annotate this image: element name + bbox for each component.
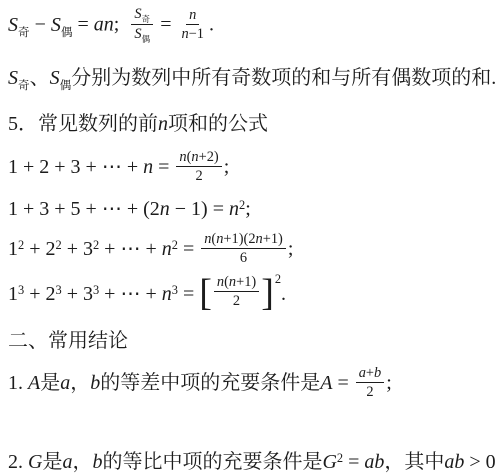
math-text: 2 [195,168,202,184]
math-text: − 1) = [170,198,229,220]
math-subscript: 奇 [142,14,151,24]
math-subscripted: S偶 [134,26,150,42]
math-variable: A [320,372,332,394]
math-text: ; [288,238,294,260]
formula-sum-cubes: 13 + 23 + 33 + ⋯ + n3 = [n(n+1)2]2. [8,277,493,314]
math-text: > 0. [464,451,495,473]
math-text: + [24,283,45,305]
formula-sum-odd-numbers: 1 + 3 + 5 + ⋯ + (2n − 1) = n2; [8,196,493,221]
math-variable: b [90,372,100,394]
math-subscript: 奇 [18,79,30,92]
math-superscripted: n3 [162,283,178,305]
math-variable: n [189,7,196,23]
math-text: 5．常见数列的前 [8,113,158,135]
math-text: ， [70,372,90,394]
math-text: 分别为数列中所有奇数项的和与所有偶数项的和. [71,67,495,89]
math-subscript: 偶 [60,79,72,92]
math-base: 1 [8,238,18,260]
fraction: a+b2 [356,364,385,401]
math-base: n [162,283,172,305]
formula-sum-integers: 1 + 2 + 3 + ⋯ + n = n(n+2)2; [8,150,493,187]
math-superscripted: 33 [83,283,99,305]
math-text: . [209,14,214,36]
math-text: = [153,156,174,178]
math-text: 项和的公式 [168,113,268,135]
math-superscripted: 13 [8,283,24,305]
math-variable: n [160,198,170,220]
fraction-numerator: n(n+1)(2n+1) [201,230,286,249]
math-text: 1 + 3 + 5 + ⋯ + (2 [8,198,160,220]
math-text: +1) [236,274,256,290]
math-base: 3 [83,283,93,305]
fraction-denominator: 2 [192,167,205,185]
math-base: 2 [45,238,55,260]
math-base: n [229,198,239,220]
math-variable: n [179,149,186,165]
math-text: = [343,451,364,473]
math-text: ，其中 [384,451,444,473]
math-text: = [178,283,199,305]
fraction-numerator: a+b [356,364,385,383]
math-variable: n [217,274,224,290]
math-variable: n [191,149,198,165]
math-variable: a [60,372,70,394]
math-superscripted: 12 [8,238,24,260]
math-subscripted: S偶 [50,67,72,89]
math-subscript: 奇 [18,26,30,39]
math-text: 的等比中项的充要条件是 [102,451,322,473]
math-base: S [51,14,61,36]
math-subscript: 偶 [61,26,73,39]
math-superscripted: n2 [162,238,178,260]
math-text: +2) [199,149,219,165]
math-text: = [178,238,199,260]
fraction-denominator: 6 [237,249,250,267]
math-text: . [281,283,286,305]
math-variable: ab [364,451,384,473]
right-bracket: ] [261,277,274,309]
math-variable: a [359,365,366,381]
math-text: 是 [42,451,62,473]
math-subscript: 偶 [142,33,151,43]
math-text: 的等差中项的充要条件是 [100,372,320,394]
fraction: S奇S偶 [131,5,153,43]
math-variable: b [374,365,381,381]
fraction: n(n+2)2 [176,148,221,185]
math-variable: n [229,274,236,290]
math-variable: ab [444,451,464,473]
fraction-denominator: S偶 [131,25,153,44]
math-base: S [8,67,18,89]
math-text: 二、常用结论 [8,330,128,352]
heading-common-sum-formulas: 5．常见数列的前n项和的公式 [8,107,493,136]
math-text: 2 [366,384,373,400]
math-superscripted: 23 [45,283,61,305]
math-text: 6 [240,250,247,266]
math-subscripted: S奇 [8,67,30,89]
fraction-numerator: n(n+1) [214,273,259,292]
math-variable: a [62,451,72,473]
math-base: S [134,26,141,42]
math-text: ， [72,451,92,473]
math-variable: an [94,14,114,36]
math-text: + ⋯ + [99,283,162,305]
math-superscripted: G2 [322,451,343,473]
math-text: + [24,238,45,260]
math-variable: n [181,26,188,42]
math-variable: n [256,231,263,247]
math-text: − [30,14,51,36]
math-text: = [73,14,94,36]
fraction-numerator: n(n+2) [176,148,221,167]
math-superscripted: 32 [83,238,99,260]
math-text: 1 + 2 + 3 + ⋯ + [8,156,143,178]
math-text: + [62,283,83,305]
fraction: nn−1 [178,6,207,43]
math-variable: A [28,372,40,394]
math-base: n [162,238,172,260]
math-base: S [8,14,18,36]
math-text: ; [386,372,392,394]
math-text: 是 [40,372,60,394]
math-text: ; [224,156,230,178]
math-variable: G [28,451,42,473]
document-page: S奇 − S偶 = an; S奇S偶 = nn−1. S奇、S偶分别为数列中所有… [0,0,495,476]
math-superscripted: 22 [45,238,61,260]
math-base: G [322,451,336,473]
math-subscripted: S奇 [8,14,30,36]
math-text: 1. [8,372,28,394]
math-text: 2. [8,451,28,473]
math-variable: n [158,113,168,135]
math-text: + [62,238,83,260]
math-variable: b [92,451,102,473]
math-base: 3 [83,238,93,260]
fraction-denominator: 2 [363,383,376,401]
heading-common-conclusions: 二、常用结论 [8,324,493,353]
math-text: = [332,372,353,394]
bracket-group: [n(n+1)2]2 [199,275,281,312]
fraction-denominator: 2 [230,292,243,310]
math-text: + [366,365,374,381]
math-text: −1 [189,26,204,42]
math-base: S [50,67,60,89]
math-subscripted: S奇 [134,6,150,22]
math-superscripted: n2 [229,198,245,220]
math-text: 、 [30,67,50,89]
math-text: + ⋯ + [99,238,162,260]
math-text: +1)(2 [223,231,255,247]
math-text: 2 [233,293,240,309]
formula-sum-squares: 12 + 22 + 32 + ⋯ + n2 = n(n+1)(2n+1)6; [8,232,493,269]
math-subscripted: S偶 [51,14,73,36]
fraction-denominator: n−1 [178,25,207,43]
math-variable: n [143,156,153,178]
fraction-numerator: n [186,6,199,25]
formula-odd-even-sums: S奇 − S偶 = an; S奇S偶 = nn−1. [8,7,493,45]
item-arithmetic-mean-condition: 1. A是a，b的等差中项的充要条件是A = a+b2; [8,366,493,403]
fraction: n(n+1)(2n+1)6 [201,230,286,267]
fraction-numerator: S奇 [131,5,153,25]
math-text: ; [245,198,251,220]
math-text: +1) [263,231,283,247]
math-base: S [134,6,141,22]
math-text: ; [114,14,130,36]
math-text: = [155,14,176,36]
note-odd-even-definition: S奇、S偶分别为数列中所有奇数项的和与所有偶数项的和. [8,61,493,92]
fraction: n(n+1)2 [214,273,259,310]
left-bracket: [ [199,277,212,309]
math-base: 1 [8,283,18,305]
item-geometric-mean-condition: 2. G是a，b的等比中项的充要条件是G2 = ab，其中ab > 0. [8,445,493,474]
bracket-exponent: 2 [275,272,281,287]
math-base: 2 [45,283,55,305]
